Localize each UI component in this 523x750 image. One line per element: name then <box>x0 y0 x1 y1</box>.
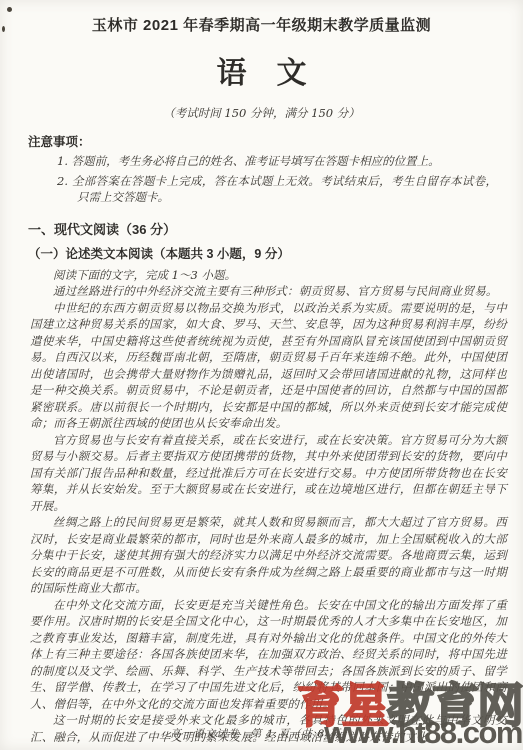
notice-item: 1. 答题前，考生务必将自己的姓名、准考证号填写在答题卡相应的位置上。 <box>57 153 497 170</box>
passage-paragraph: 官方贸易也与长安有着直接关系，或在长安进行，或在长安决策。官方贸易可分为大额贸易… <box>30 432 507 515</box>
scanned-exam-page: 玉林市 2021 年春季期高一年级期末教学质量监测 语 文 （考试时间 150 … <box>0 0 523 750</box>
scan-speck-icon <box>2 26 5 32</box>
subject-title: 语 文 <box>0 48 523 92</box>
exam-time-score-info: （考试时间 150 分钟，满分 150 分） <box>0 105 523 121</box>
passage-paragraph: 丝绸之路上的民间贸易更是繁荣，就其人数和贸易额而言，都大大超过了官方贸易。西汉时… <box>30 514 507 597</box>
subsection-title: （一）论述类文本阅读（本题共 3 小题，9 分） <box>28 244 507 262</box>
modern-reading-section: 一、现代文阅读（36 分） （一）论述类文本阅读（本题共 3 小题，9 分） 阅… <box>30 219 507 746</box>
section-title: 一、现代文阅读（36 分） <box>28 219 507 238</box>
reading-instruction: 阅读下面的文字，完成 1～3 小题。 <box>30 267 507 284</box>
notice-item: 2. 全部答案在答题卡上完成，答在本试题上无效。考试结束后，考生自留存本试卷，只… <box>57 173 497 206</box>
passage-paragraph: 通过丝路进行的中外经济交流主要有三种形式：朝贡贸易、官方贸易与民间商业贸易。 <box>30 283 507 300</box>
passage-paragraph: 中世纪的东西方朝贡贸易以物品交换为形式，以政治关系为实质。需要说明的是，与中国建… <box>30 300 507 432</box>
scan-speck-icon <box>7 7 12 12</box>
notice-section: 注意事项： 1. 答题前，考生务必将自己的姓名、准考证号填写在答题卡相应的位置上… <box>28 132 497 206</box>
page-footer: 高一语文试卷 第 1 页（共 8 页） <box>0 726 523 741</box>
exam-header: 玉林市 2021 年春季期高一年级期末教学质量监测 语 文 （考试时间 150 … <box>0 0 523 121</box>
passage-paragraph: 在中外文化交流方面，长安更是充当关键性角色。长安在中国文化的输出方面发挥了重要作… <box>30 597 507 713</box>
notice-label: 注意事项： <box>28 132 497 150</box>
exam-title: 玉林市 2021 年春季期高一年级期末教学质量监测 <box>0 14 523 35</box>
